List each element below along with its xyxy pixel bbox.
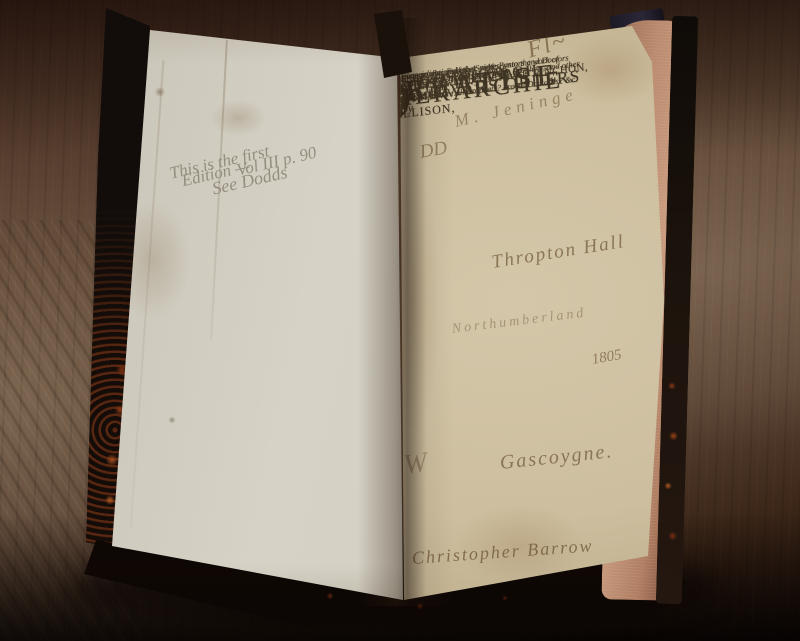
title-page-printed-text: A TREATISE OF THE HIERARCHIE AND DIVERS … [381, 47, 649, 557]
handwritten-monogram: W [402, 447, 430, 482]
photo-antique-book: This is the first Edition — See Dodds Vo… [0, 0, 800, 641]
handwritten-dd-initials: DD [418, 137, 449, 163]
pencil-inscription: This is the first Edition — See Dodds Vo… [168, 116, 377, 164]
